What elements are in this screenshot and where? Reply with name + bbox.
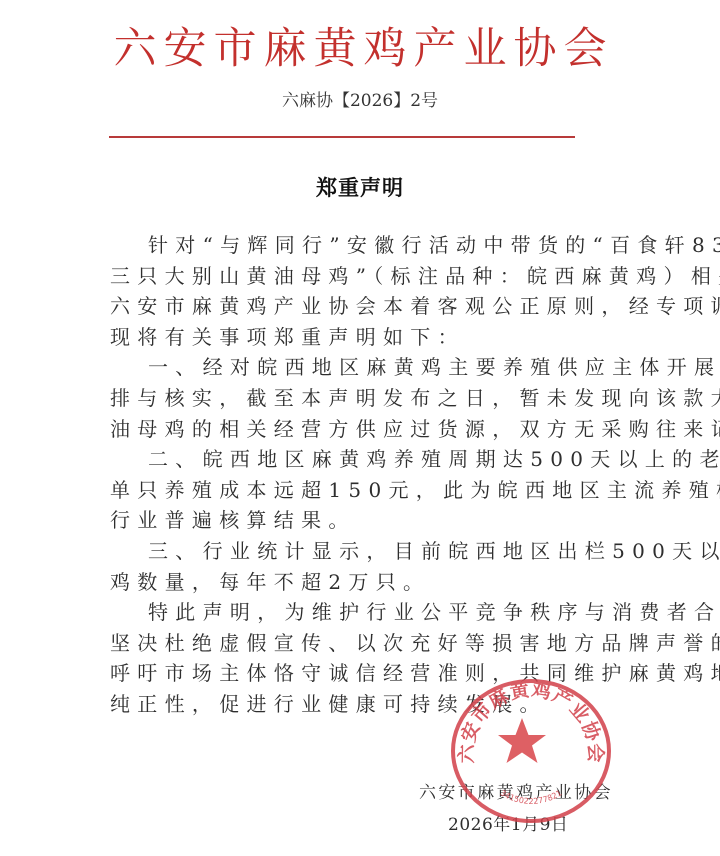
body-line: 鸡数量，每年不超2万只。 <box>110 567 620 598</box>
body-line: 针对“与辉同行”安徽行活动中带货的“百食轩83.8元 <box>110 230 620 261</box>
body-line: 特此声明，为维护行业公平竞争秩序与消费者合法权益， <box>110 597 620 628</box>
header-divider <box>109 136 575 138</box>
document-number: 六麻协【2026】2号 <box>0 90 720 112</box>
body-line: 油母鸡的相关经营方供应过货源，双方无采购往来记录。 <box>110 414 620 445</box>
body-line: 行业普遍核算结果。 <box>110 505 620 536</box>
body-line: 三、行业统计显示，目前皖西地区出栏500天以上麻黄 <box>110 536 620 567</box>
body-line: 一、经对皖西地区麻黄鸡主要养殖供应主体开展全面摸 <box>110 352 620 383</box>
body-line: 二、皖西地区麻黄鸡养殖周期达500天以上的老母鸡， <box>110 444 620 475</box>
statement-heading: 郑重声明 <box>0 175 720 201</box>
seal-code-text: 3415022277821 <box>499 788 564 806</box>
body-line: 单只养殖成本远超150元，此为皖西地区主流养殖模式下的 <box>110 475 620 506</box>
body-line: 三只大别山黄油母鸡”（标注品种：皖西麻黄鸡）相关事宜， <box>110 261 620 292</box>
svg-text:3415022277821: 3415022277821 <box>499 788 564 806</box>
organization-title: 六安市麻黄鸡产业协会 <box>0 24 720 74</box>
body-line: 排与核实，截至本声明发布之日，暂未发现向该款大别山黄 <box>110 383 620 414</box>
official-seal: 六安市麻黄鸡产业协会 3415022277821 <box>450 678 612 824</box>
star-icon <box>498 718 546 763</box>
body-line: 坚决杜绝虚假宣传、以次充好等损害地方品牌声誉的行为， <box>110 628 620 659</box>
body-line: 六安市麻黄鸡产业协会本着客观公正原则，经专项调查核实， <box>110 291 620 322</box>
statement-body: 针对“与辉同行”安徽行活动中带货的“百食轩83.8元 三只大别山黄油母鸡”（标注… <box>110 230 620 720</box>
body-line: 现将有关事项郑重声明如下： <box>110 322 620 353</box>
